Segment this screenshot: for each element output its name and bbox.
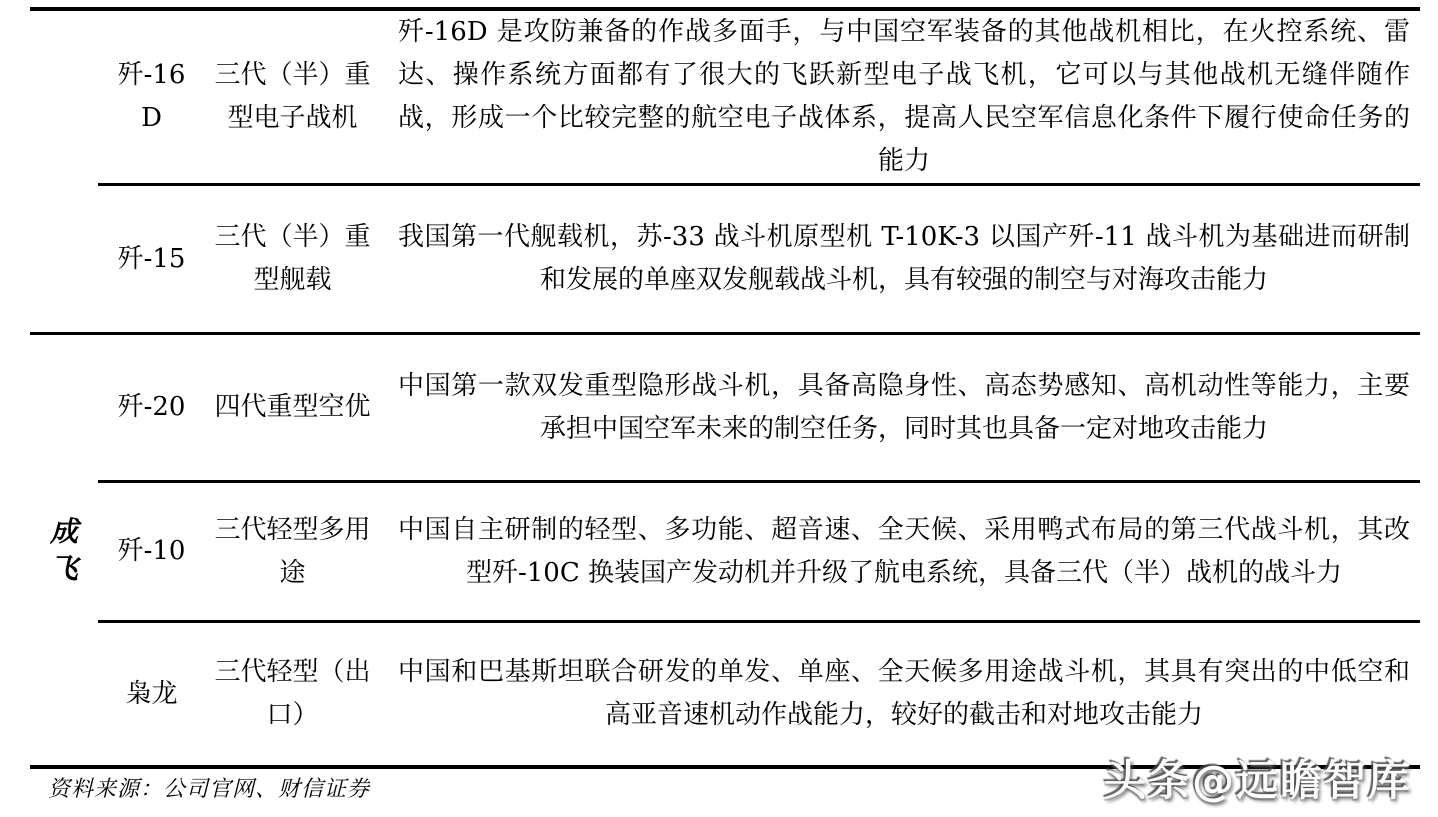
table-row-j15: 歼-15 三代（半）重型舰载 我国第一代舰载机，苏-33 战斗机原型机 T-10… bbox=[98, 183, 1420, 332]
manufacturer-group-top: 歼-16D 三代（半）重型电子战机 歼-16D 是攻防兼备的作战多面手，与中国空… bbox=[30, 11, 1420, 335]
type-cell: 四代重型空优 bbox=[205, 386, 380, 429]
type-cell: 三代轻型（出口） bbox=[205, 651, 380, 737]
table-row-j20: 歼-20 四代重型空优 中国第一款双发重型隐形战斗机，具备高隐身性、高态势感知、… bbox=[98, 335, 1420, 480]
description-cell: 中国第一款双发重型隐形战斗机，具备高隐身性、高态势感知、高机动性等能力，主要承担… bbox=[380, 365, 1420, 451]
report-page: 歼-16D 三代（半）重型电子战机 歼-16D 是攻防兼备的作战多面手，与中国空… bbox=[0, 0, 1438, 817]
model-cell: 歼-10 bbox=[98, 530, 205, 573]
model-cell: 歼-16D bbox=[98, 54, 205, 140]
aircraft-table: 歼-16D 三代（半）重型电子战机 歼-16D 是攻防兼备的作战多面手，与中国空… bbox=[30, 7, 1420, 769]
group-rows: 歼-16D 三代（半）重型电子战机 歼-16D 是攻防兼备的作战多面手，与中国空… bbox=[98, 11, 1420, 332]
group-rows: 歼-20 四代重型空优 中国第一款双发重型隐形战斗机，具备高隐身性、高态势感知、… bbox=[98, 335, 1420, 765]
manufacturer-group-chengfei: 成飞 歼-20 四代重型空优 中国第一款双发重型隐形战斗机，具备高隐身性、高态势… bbox=[30, 335, 1420, 769]
model-cell: 枭龙 bbox=[98, 673, 205, 716]
table-row-j16d: 歼-16D 三代（半）重型电子战机 歼-16D 是攻防兼备的作战多面手，与中国空… bbox=[98, 11, 1420, 183]
model-cell: 歼-20 bbox=[98, 386, 205, 429]
table-row-xiaolong: 枭龙 三代轻型（出口） 中国和巴基斯坦联合研发的单发、单座、全天候多用途战斗机，… bbox=[98, 620, 1420, 765]
table-row-j10: 歼-10 三代轻型多用途 中国自主研制的轻型、多功能、超音速、全天候、采用鸭式布… bbox=[98, 480, 1420, 620]
manufacturer-cell: 成飞 bbox=[30, 335, 98, 765]
description-cell: 我国第一代舰载机，苏-33 战斗机原型机 T-10K-3 以国产歼-11 战斗机… bbox=[380, 216, 1420, 302]
description-cell: 中国和巴基斯坦联合研发的单发、单座、全天候多用途战斗机，其具有突出的中低空和高亚… bbox=[380, 651, 1420, 737]
source-note: 资料来源：公司官网、财信证券 bbox=[48, 772, 370, 803]
type-cell: 三代（半）重型电子战机 bbox=[205, 54, 380, 140]
description-cell: 中国自主研制的轻型、多功能、超音速、全天候、采用鸭式布局的第三代战斗机，其改型歼… bbox=[380, 509, 1420, 595]
manufacturer-label: 成飞 bbox=[47, 513, 81, 587]
type-cell: 三代轻型多用途 bbox=[205, 509, 380, 595]
description-cell: 歼-16D 是攻防兼备的作战多面手，与中国空军装备的其他战机相比，在火控系统、雷… bbox=[380, 11, 1420, 183]
manufacturer-cell bbox=[30, 11, 98, 332]
watermark: 头条@远瞻智库 bbox=[1104, 748, 1412, 808]
model-cell: 歼-15 bbox=[98, 238, 205, 281]
type-cell: 三代（半）重型舰载 bbox=[205, 216, 380, 302]
